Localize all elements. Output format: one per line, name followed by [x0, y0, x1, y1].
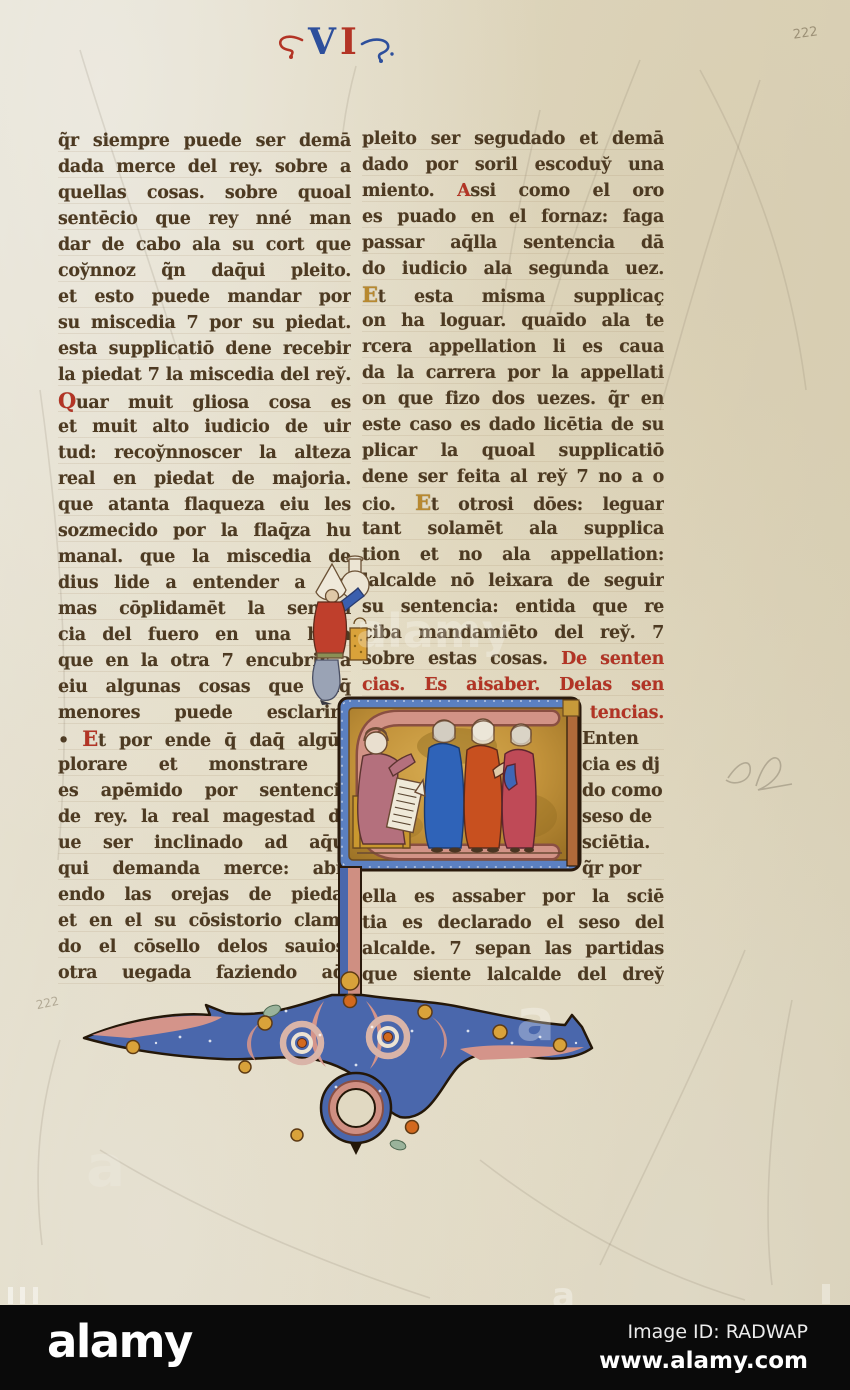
manuscript-text-line: es puado en el fornaz: faga: [362, 204, 664, 230]
manuscript-text-line: tencias.: [582, 700, 664, 726]
manuscript-text-line: quellas cosas. sobre quoal: [58, 180, 351, 206]
initial-tail-flourish: [60, 855, 660, 1165]
manuscript-text-line: Et esta misma supplicaç: [362, 282, 664, 308]
manuscript-text-line: miento. Assi como el oro: [362, 178, 664, 204]
manuscript-text-line: sozmecido por la flaq̄za hu: [58, 518, 351, 544]
image-id-label: Image ID: RADWAP: [599, 1321, 808, 1343]
manuscript-text-line: su miscedia 7 por su piedat.: [58, 310, 351, 336]
watermark-fragment: [8, 1287, 13, 1304]
manuscript-text-line: passar aq̄lla sentencia dā: [362, 230, 664, 256]
manuscript-text-line: este caso es dado licētia de su: [362, 412, 664, 438]
manuscript-text-line: seso de: [582, 804, 664, 830]
manuscript-text-line: do como: [582, 778, 664, 804]
manuscript-text-line: esta supplicatiō dene recebir: [58, 336, 351, 362]
manuscript-text-line: plorare et monstrare q̃: [58, 752, 351, 778]
manuscript-text-line: dar de cabo ala su cort que: [58, 232, 351, 258]
manuscript-text-line: cio. Et otrosi dōes: leguar: [362, 490, 664, 516]
manuscript-text-line: la piedat 7 la miscedia del rey̆.: [58, 362, 351, 388]
manuscript-text-line: dene ser feita al rey̆ 7 no a o: [362, 464, 664, 490]
manuscript-text-line: plicar la quoal supplicatiō: [362, 438, 664, 464]
manuscript-text-line: ciba mandamiēto del rey̆. 7: [362, 620, 664, 646]
manuscript-text-line: et muit alto iudicio de uir: [58, 414, 351, 440]
margin-pencil-scribble: [726, 758, 792, 790]
gold-grater-icon: [350, 628, 367, 660]
numeral-i: I: [340, 22, 357, 62]
manuscript-text-line: q̃r siempre puede ser demā: [58, 128, 351, 154]
manuscript-text-line: da la carrera por la appellati: [362, 360, 664, 386]
right-text-column-upper: pleito ser segudado et demādado por sori…: [362, 126, 664, 698]
numeral-v: V: [308, 22, 336, 62]
manuscript-text-line: • Et por ende q̄ daq̄ algūo: [58, 726, 351, 752]
marginal-drollery-figure: [298, 552, 393, 707]
manuscript-text-line: dada merce del rey. sobre a: [58, 154, 351, 180]
manuscript-text-line: tud: recoy̆nnoscer la alteza: [58, 440, 351, 466]
manuscript-text-line: pleito ser segudado et demā: [362, 126, 664, 152]
manuscript-text-line: rcera appellation li es caua: [362, 334, 664, 360]
manuscript-text-line: lalcalde nō leixara de seguir: [362, 568, 664, 594]
grey-hose: [313, 660, 340, 700]
manuscript-text-line: que atanta flaqueza eiu les: [58, 492, 351, 518]
manuscript-text-line: cias. Es aisaber. Delas sen: [362, 672, 664, 698]
red-tunic: [314, 602, 347, 657]
manuscript-text-line: tant solamēt ala supplica: [362, 516, 664, 542]
manuscript-text-line: ue ser inclinado ad aq̄ui: [58, 830, 351, 856]
manuscript-text-line: et esto puede mandar por: [58, 284, 351, 310]
historiated-initial-miniature: [337, 696, 582, 872]
manuscript-text-line: su sentencia: entida que re: [362, 594, 664, 620]
manuscript-text-line: coy̆nnoz q̃n daq̄ui pleito.: [58, 258, 351, 284]
watermark-fragment: [33, 1287, 38, 1304]
alamy-logo: alamy: [47, 1318, 192, 1366]
manuscript-text-line: sobre estas cosas. De senten: [362, 646, 664, 672]
blue-sash: [504, 764, 517, 790]
manuscript-text-line: do iudicio ala segunda uez.: [362, 256, 664, 282]
folio-number-top: 222: [792, 24, 819, 42]
manuscript-text-line: on ha loguar. quaīdo ala te: [362, 308, 664, 334]
watermark-fragment: [822, 1284, 830, 1304]
bottom-ring: [321, 1073, 391, 1155]
manuscript-text-line: cia es dj: [582, 752, 664, 778]
alamy-url: www.alamy.com: [599, 1348, 808, 1374]
manuscript-text-line: on que fizo dos uezes. q̃r en: [362, 386, 664, 412]
manuscript-text-line: es apēmido por sentencia: [58, 778, 351, 804]
alamy-footer-bar: alamy Image ID: RADWAP www.alamy.com: [0, 1305, 850, 1390]
manuscript-text-line: sentēcio que rey nné man: [58, 206, 351, 232]
gold-corner-knot: [563, 700, 579, 716]
footer-credit-block: Image ID: RADWAP www.alamy.com: [599, 1321, 808, 1374]
manuscript-text-line: Quar muit gliosa cosa es: [58, 388, 351, 414]
manuscript-text-line: sciētia.: [582, 830, 664, 856]
red-flourish-icon: [274, 30, 304, 60]
manuscript-text-line: real en piedat de majoria.: [58, 466, 351, 492]
folio-number-margin: 222: [35, 994, 60, 1012]
manuscript-photo: V I 222 222 q̃r siempre puede ser demāda…: [0, 0, 850, 1390]
watermark-fragment: [20, 1287, 25, 1304]
chapter-numeral: V I: [276, 22, 406, 64]
manuscript-text-line: dado por soril escoduy̆ una: [362, 152, 664, 178]
right-bar: [567, 702, 578, 866]
manuscript-text-line: de rey. la real magestad de: [58, 804, 351, 830]
manuscript-text-line: tion et no ala appellation:: [362, 542, 664, 568]
manuscript-text-line: Enten: [582, 726, 664, 752]
blue-flourish-icon: [360, 32, 396, 64]
